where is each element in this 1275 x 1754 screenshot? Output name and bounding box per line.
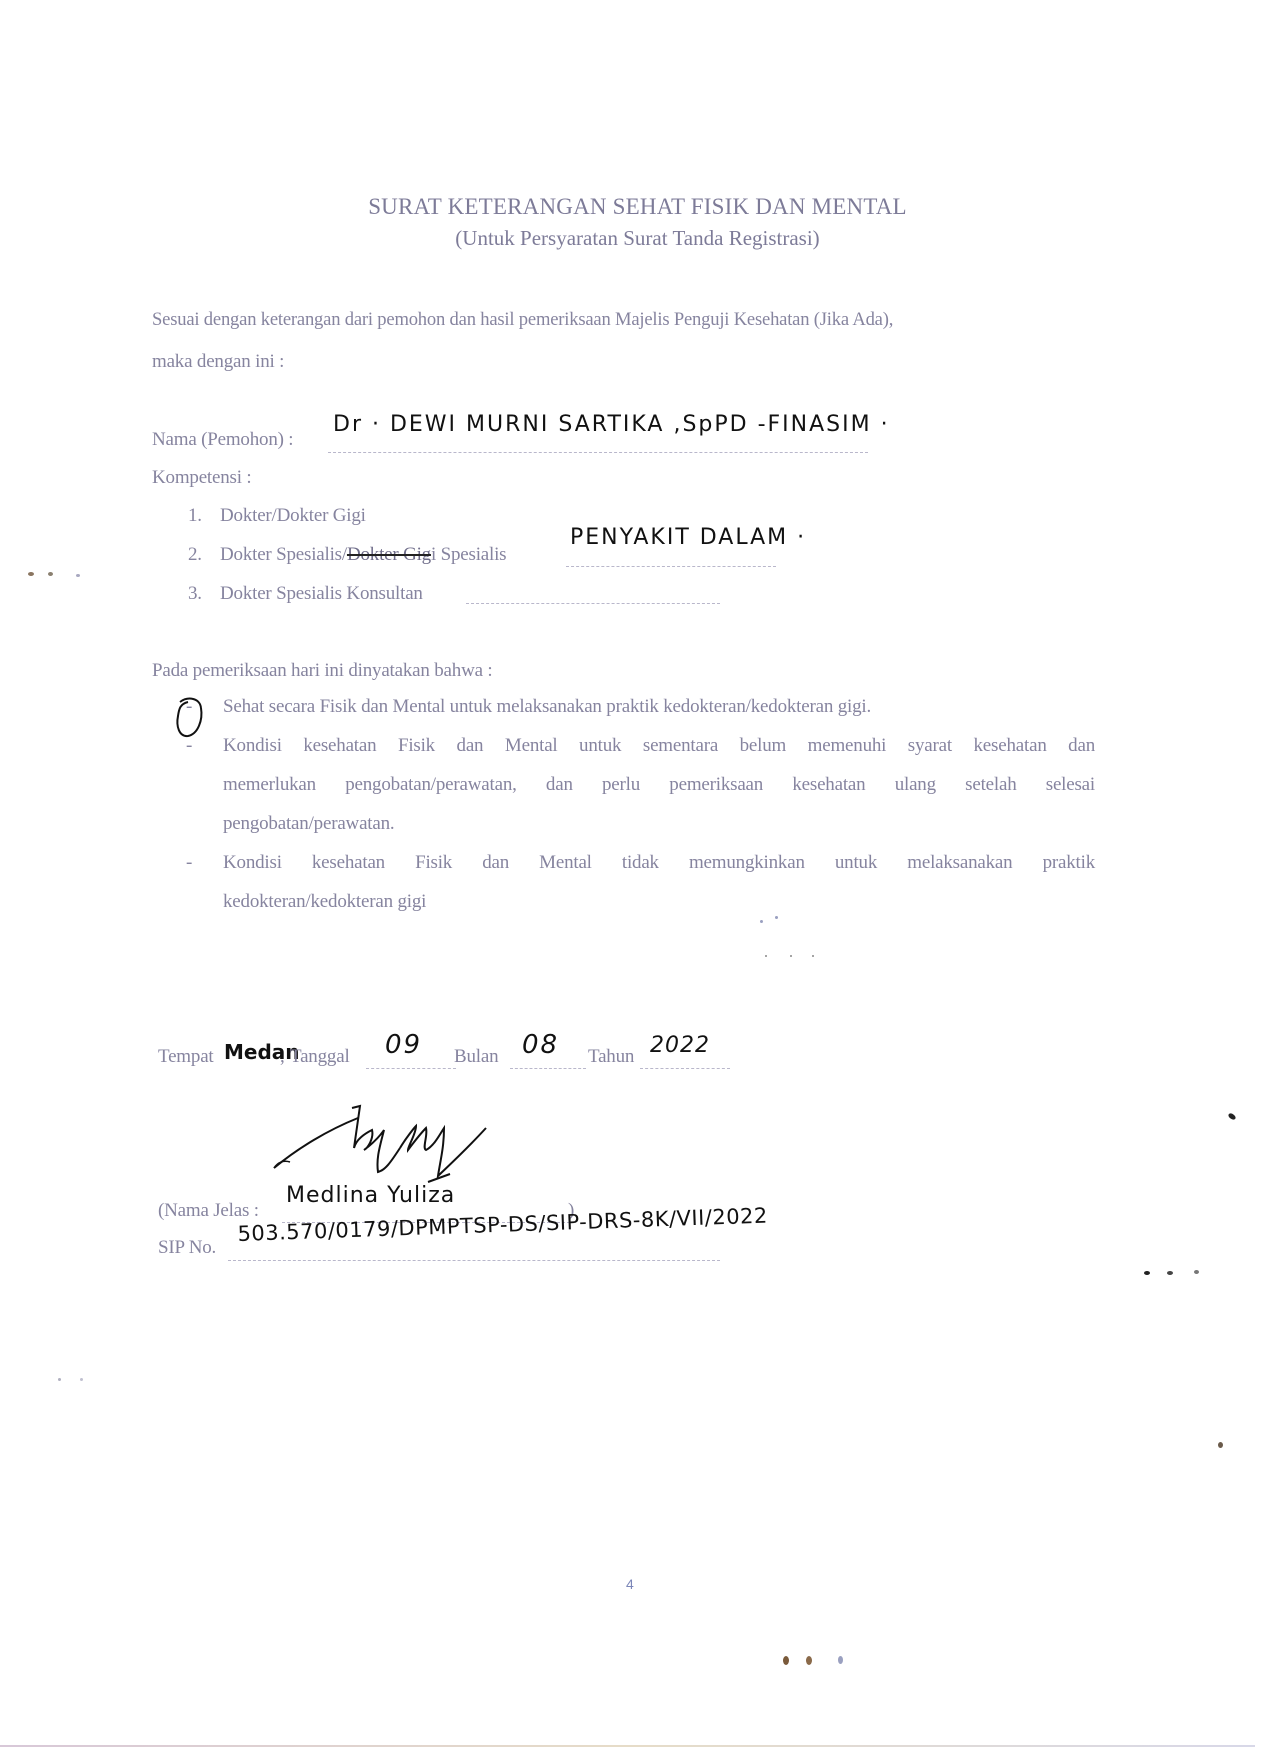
place-suffix: ,	[280, 1046, 285, 1068]
place-label: Tempat	[158, 1046, 214, 1068]
scan-speck	[1227, 1112, 1236, 1121]
day-field-line	[366, 1068, 456, 1069]
option-2-line-3[interactable]: pengobatan/perawatan.	[223, 813, 394, 835]
consultant-field-line	[466, 603, 720, 604]
applicant-label: Nama (Pemohon) :	[152, 429, 293, 451]
day-value[interactable]: 09	[385, 1030, 422, 1060]
specialist-field-line	[566, 566, 776, 567]
month-field-line	[510, 1068, 586, 1069]
specialist-field-value[interactable]: PENYAKIT DALAM ·	[570, 525, 806, 550]
option-1-text[interactable]: Sehat secara Fisik dan Mental untuk mela…	[223, 696, 871, 718]
document-title: SURAT KETERANGAN SEHAT FISIK DAN MENTAL	[0, 194, 1275, 220]
page-number: 4	[626, 1576, 634, 1592]
scan-speck	[28, 572, 34, 576]
competence-item-2-text: Dokter Spesialis/	[220, 544, 347, 565]
sip-field-line	[228, 1260, 720, 1261]
option-2-bullet: -	[186, 735, 192, 757]
option-2-line-1[interactable]: Kondisi kesehatan Fisik dan Mental untuk…	[223, 735, 1095, 757]
scan-speck	[806, 1656, 812, 1665]
year-label: Tahun	[588, 1046, 634, 1068]
scan-speck	[760, 920, 763, 923]
sip-value[interactable]: 503.570/0179/DPMPTSP-DS/SIP-DRS-8K/VII/2…	[237, 1203, 768, 1246]
competence-item-1: Dokter/Dokter Gigi	[220, 505, 366, 527]
competence-label: Kompetensi :	[152, 467, 251, 489]
place-value[interactable]: Medan	[224, 1040, 300, 1064]
day-label: Tanggal	[290, 1046, 350, 1068]
option-3-line-1[interactable]: Kondisi kesehatan Fisik dan Mental tidak…	[223, 852, 1095, 874]
scan-edge	[0, 1745, 1255, 1747]
year-value[interactable]: 2022	[650, 1033, 710, 1058]
option-2-line-2[interactable]: memerlukan pengobatan/perawatan, dan per…	[223, 774, 1095, 796]
competence-item-1-number: 1.	[188, 505, 202, 527]
scan-speck	[790, 955, 792, 957]
intro-line-1: Sesuai dengan keterangan dari pemohon da…	[152, 309, 893, 331]
competence-item-2-text-after: i Spesialis	[431, 544, 506, 565]
signatory-name-value[interactable]: Medlina Yuliza	[286, 1183, 455, 1208]
scan-speck	[1218, 1442, 1223, 1448]
year-field-line	[640, 1068, 730, 1069]
month-label: Bulan	[454, 1046, 498, 1068]
scan-speck	[812, 955, 814, 957]
scan-speck	[838, 1656, 843, 1664]
scan-speck	[775, 916, 778, 919]
scan-speck	[58, 1378, 61, 1381]
scan-speck	[1194, 1270, 1199, 1274]
scan-speck	[765, 955, 767, 957]
month-value[interactable]: 08	[522, 1030, 559, 1060]
scan-speck	[48, 572, 53, 576]
scan-speck	[1144, 1271, 1150, 1275]
competence-item-2-number: 2.	[188, 544, 202, 566]
scan-speck	[1167, 1271, 1173, 1275]
competence-item-3: Dokter Spesialis Konsultan	[220, 583, 423, 605]
scan-speck	[76, 574, 80, 577]
scan-speck	[783, 1656, 789, 1665]
applicant-name-line	[328, 452, 868, 453]
option-3-line-2[interactable]: kedokteran/kedokteran gigi	[223, 891, 426, 913]
struck-text: Dokter Gig	[347, 544, 431, 565]
document-subtitle: (Untuk Persyaratan Surat Tanda Registras…	[0, 226, 1275, 251]
option-1-bullet: -	[186, 696, 192, 718]
examination-label: Pada pemeriksaan hari ini dinyatakan bah…	[152, 660, 492, 682]
intro-line-2: maka dengan ini :	[152, 351, 284, 373]
applicant-name-value[interactable]: Dr · DEWI MURNI SARTIKA ,SpPD -FINASIM ·	[333, 412, 890, 437]
scan-speck	[80, 1378, 83, 1381]
competence-item-3-number: 3.	[188, 583, 202, 605]
option-3-bullet: -	[186, 852, 192, 874]
sip-label: SIP No.	[158, 1237, 216, 1259]
competence-item-2: Dokter Spesialis/Dokter Gigi Spesialis	[220, 544, 506, 566]
signatory-name-label: (Nama Jelas :	[158, 1200, 259, 1222]
